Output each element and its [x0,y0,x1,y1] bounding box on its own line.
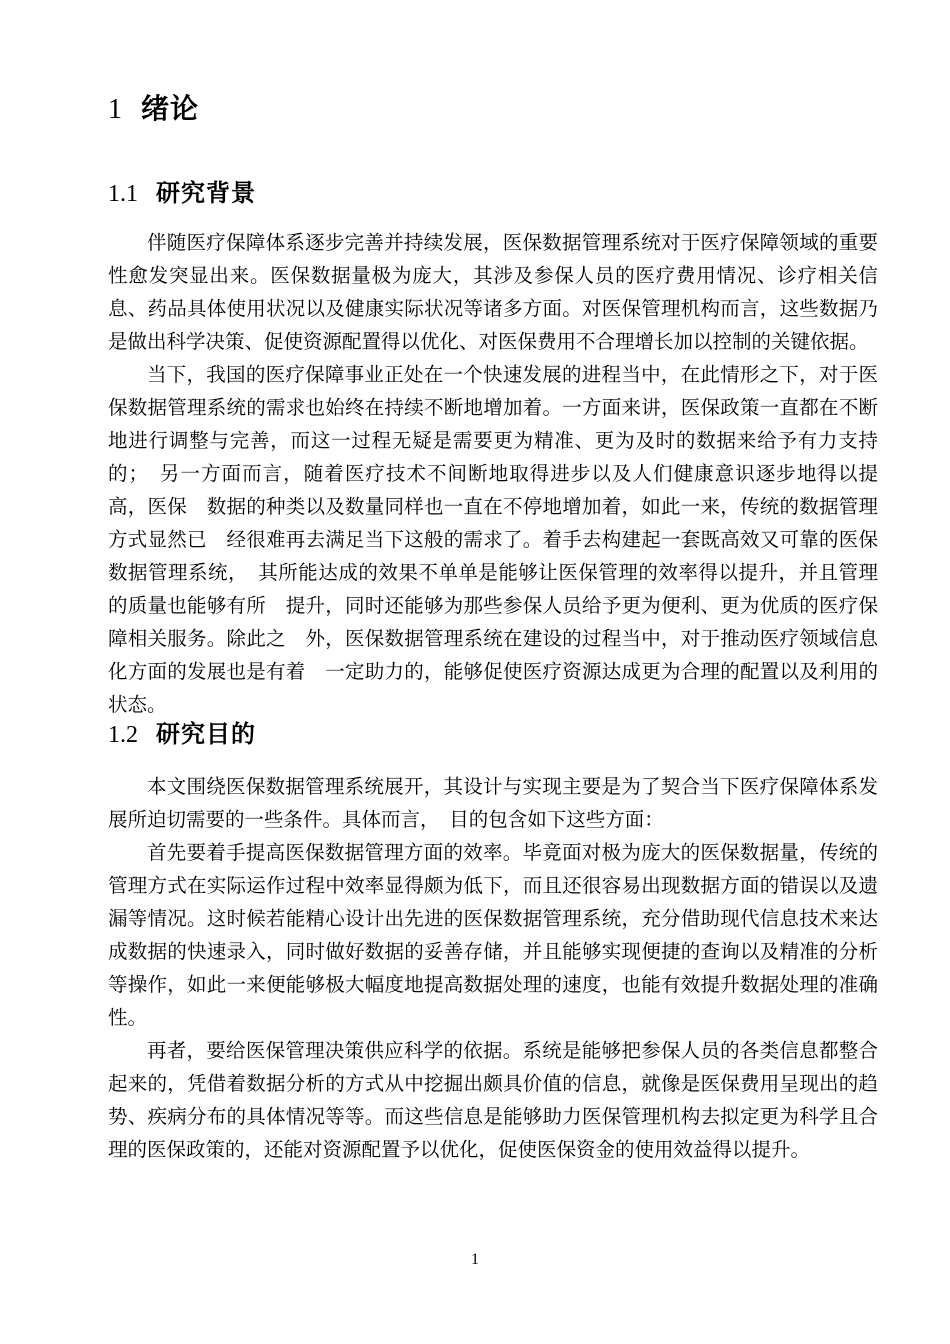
section-title: 研究目的 [156,721,256,748]
section-heading-research-purpose: 1.2 研究目的 [108,718,878,752]
chapter-title: 绪论 [141,93,199,124]
body-paragraph: 当下，我国的医疗保障事业正处在一个快速发展的进程当中，在此情形之下，对于医保数据… [108,359,878,722]
body-paragraph: 伴随医疗保障体系逐步完善并持续发展，医保数据管理系统对于医疗保障领域的重要性愈发… [108,227,878,359]
chapter-number: 1 [108,94,122,125]
body-paragraph: 本文围绕医保数据管理系统展开，其设计与实现主要是为了契合当下医疗保障体系发展所迫… [108,771,878,837]
section-number: 1.1 [108,181,138,207]
body-paragraph: 首先要着手提高医保数据管理方面的效率。毕竟面对极为庞大的医保数据量，传统的管理方… [108,837,878,1035]
section-number: 1.2 [108,722,138,748]
section-title: 研究背景 [156,180,256,207]
body-paragraph: 再者，要给医保管理决策供应科学的依据。系统是能够把参保人员的各类信息都整合起来的… [108,1035,878,1167]
document-page: 1 绪论 1.1 研究背景 伴随医疗保障体系逐步完善并持续发展，医保数据管理系统… [0,0,950,1344]
chapter-heading: 1 绪论 [108,87,878,132]
page-number: 1 [0,1250,950,1270]
page-content: 1 绪论 1.1 研究背景 伴随医疗保障体系逐步完善并持续发展，医保数据管理系统… [108,0,878,1167]
section-heading-research-background: 1.1 研究背景 [108,177,878,211]
